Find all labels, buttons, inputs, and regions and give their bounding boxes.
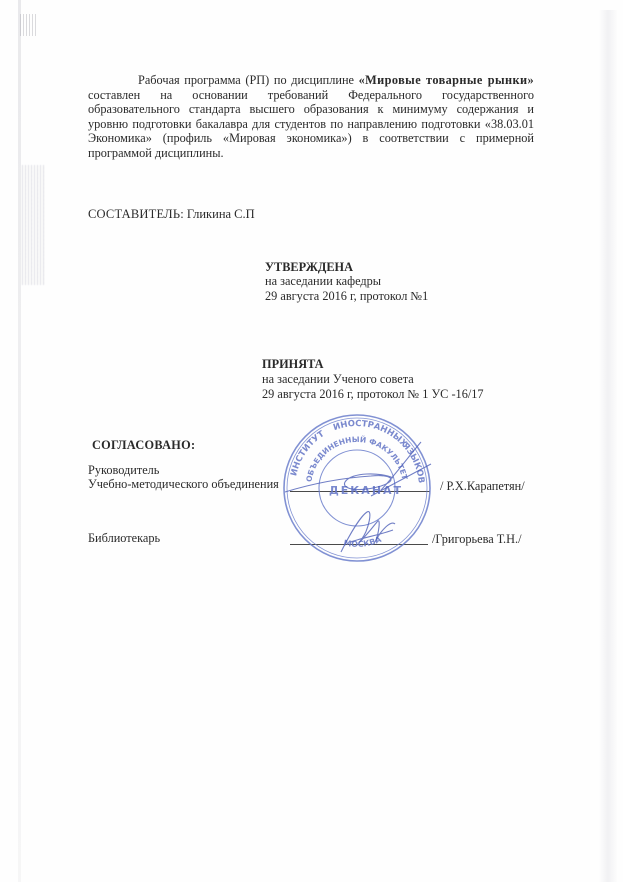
author-name: Гликина С.П — [187, 207, 255, 221]
intro-prefix: Рабочая программа (РП) по дисциплине — [138, 73, 359, 87]
signatory-1-role-line1: Руководитель — [88, 463, 159, 477]
author-label: СОСТАВИТЕЛЬ — [88, 207, 180, 221]
svg-text:ДЕКАНАТ: ДЕКАНАТ — [329, 484, 403, 497]
signatory-2-name: /Григорьева Т.Н./ — [432, 532, 521, 546]
signatory-1-name: / Р.Х.Карапетян/ — [440, 479, 525, 493]
scan-artifact — [20, 14, 38, 36]
official-stamp: ИНСТИТУТ ИНОСТРАННЫХ ЯЗЫКОВ ОБЪЕДИНЕННЫЙ… — [281, 412, 433, 564]
accepted-title: ПРИНЯТА — [262, 357, 324, 371]
approved-line1: на заседании кафедры — [265, 274, 381, 288]
scan-artifact — [22, 165, 44, 285]
author-line: СОСТАВИТЕЛЬ: Гликина С.П — [88, 207, 255, 221]
discipline-name: «Мировые товарные рынки» — [359, 73, 534, 87]
signatory-2-role-line1: Библиотекарь — [88, 531, 160, 545]
approved-title: УТВЕРЖДЕНА — [265, 260, 353, 274]
approved-line2: 29 августа 2016 г, протокол №1 — [265, 289, 428, 303]
intro-body: составлен на основании требований Федера… — [88, 88, 534, 160]
author-separator: : — [180, 207, 187, 221]
accepted-line1: на заседании Ученого совета — [262, 372, 414, 386]
scan-edge-right — [599, 10, 617, 882]
document-page: Рабочая программа (РП) по дисциплине «Ми… — [0, 0, 623, 882]
intro-paragraph: Рабочая программа (РП) по дисциплине «Ми… — [88, 73, 534, 160]
scan-edge-left — [18, 0, 21, 882]
accepted-line2: 29 августа 2016 г, протокол № 1 УС -16/1… — [262, 387, 484, 401]
agreed-title: СОГЛАСОВАНО: — [92, 438, 195, 452]
signatory-1-role-line2: Учебно-методического объединения — [88, 477, 279, 491]
